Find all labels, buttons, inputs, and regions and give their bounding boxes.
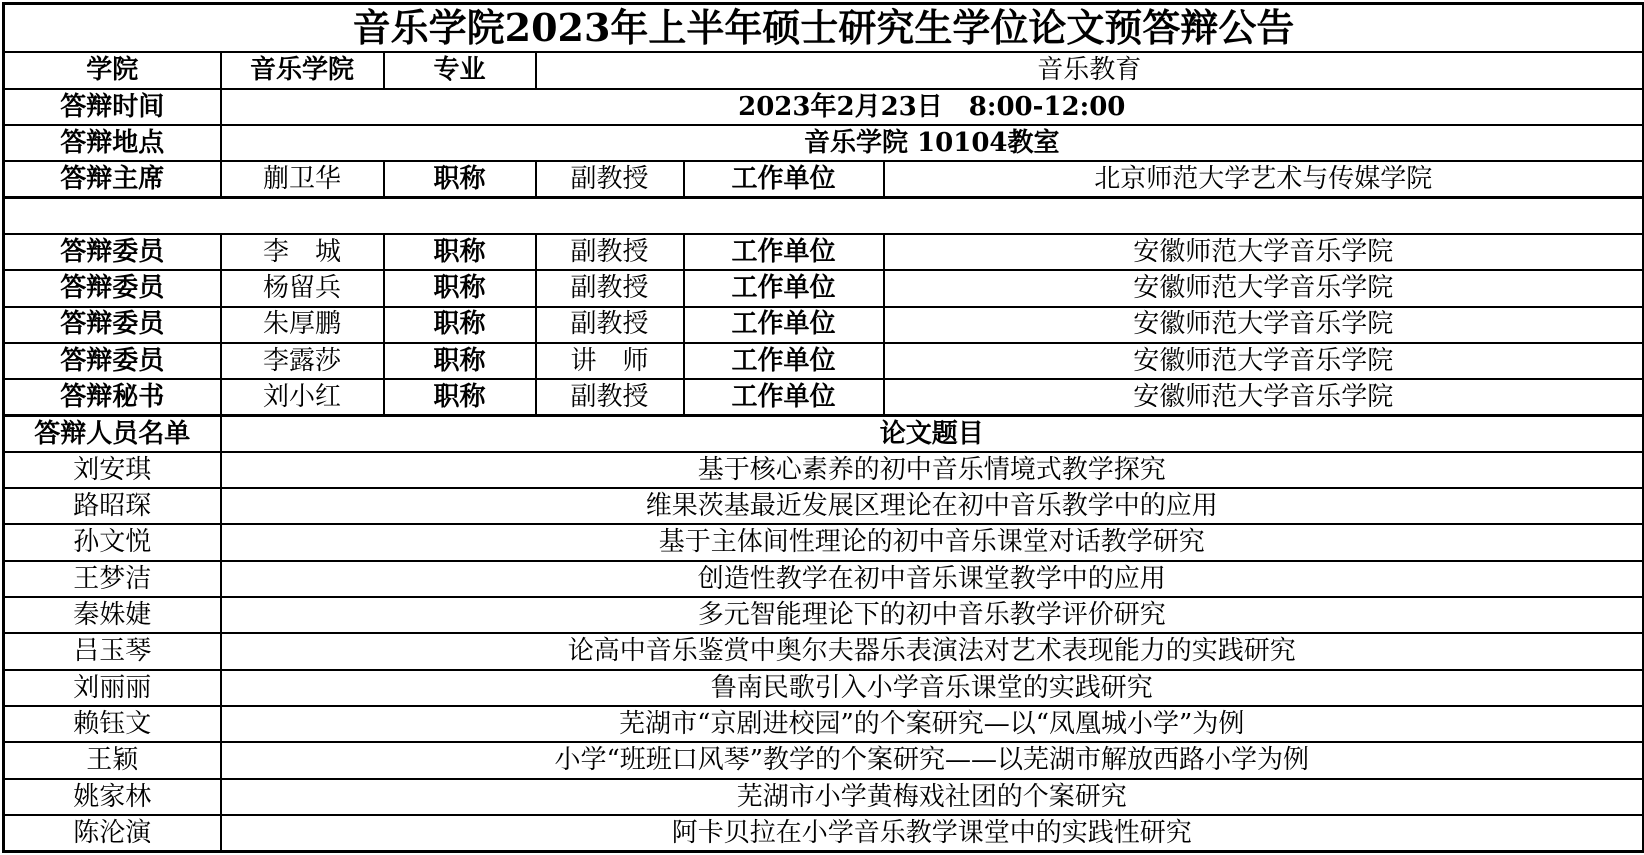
- student-name-cell: 赖钰文: [4, 706, 221, 742]
- thesis-title-cell: 芜湖市“京剧进校园”的个案研究—以“凤凰城小学”为例: [221, 706, 1644, 742]
- member-title-cell: 副教授: [536, 379, 684, 415]
- student-name-cell: 孙文悦: [4, 524, 221, 560]
- student-row: 孙文悦 基于主体间性理论的初中音乐课堂对话教学研究: [4, 524, 1644, 560]
- member-workplace-cell: 安徽师范大学音乐学院: [884, 270, 1644, 306]
- member-title-label-cell: 职称: [384, 161, 536, 197]
- page-title: 音乐学院2023年上半年硕士研究生学位论文预答辩公告: [4, 4, 1644, 53]
- student-row: 刘丽丽 鲁南民歌引入小学音乐课堂的实践研究: [4, 670, 1644, 706]
- pre-defense-announcement-table: 音乐学院2023年上半年硕士研究生学位论文预答辩公告 学院 音乐学院 专业 音乐…: [2, 2, 1644, 853]
- member-workplace-cell: 安徽师范大学音乐学院: [884, 307, 1644, 343]
- student-name-cell: 刘安琪: [4, 452, 221, 488]
- student-row: 姚家林 芜湖市小学黄梅戏社团的个案研究: [4, 779, 1644, 815]
- member-workplace-label-cell: 工作单位: [684, 307, 884, 343]
- member-role-cell: 答辩委员: [4, 270, 221, 306]
- defense-place-label-cell: 答辩地点: [4, 125, 221, 161]
- student-name-cell: 路昭琛: [4, 488, 221, 524]
- member-workplace-label-cell: 工作单位: [684, 379, 884, 415]
- member-title-label-cell: 职称: [384, 379, 536, 415]
- member-workplace-label-cell: 工作单位: [684, 161, 884, 197]
- defense-time-row: 答辩时间 2023年2月23日 8:00-12:00: [4, 89, 1644, 125]
- school-label-cell: 学院: [4, 52, 221, 88]
- member-name-cell: 李露莎: [221, 343, 384, 379]
- member-role-cell: 答辩委员: [4, 234, 221, 270]
- member-title-cell: 副教授: [536, 307, 684, 343]
- member-role-cell: 答辩主席: [4, 161, 221, 197]
- major-label-cell: 专业: [384, 52, 536, 88]
- thesis-title-cell: 鲁南民歌引入小学音乐课堂的实践研究: [221, 670, 1644, 706]
- member-title-label-cell: 职称: [384, 307, 536, 343]
- student-row: 王颖 小学“班班口风琴”教学的个案研究——以芜湖市解放西路小学为例: [4, 742, 1644, 778]
- member-name-cell: 刘小红: [221, 379, 384, 415]
- student-name-cell: 陈沦演: [4, 815, 221, 852]
- thesis-title-cell: 芜湖市小学黄梅戏社团的个案研究: [221, 779, 1644, 815]
- school-value-cell: 音乐学院: [221, 52, 384, 88]
- member-title-label-cell: 职称: [384, 234, 536, 270]
- student-row: 秦姝婕 多元智能理论下的初中音乐教学评价研究: [4, 597, 1644, 633]
- member-workplace-cell: 安徽师范大学音乐学院: [884, 343, 1644, 379]
- student-row: 路昭琛 维果茨基最近发展区理论在初中音乐教学中的应用: [4, 488, 1644, 524]
- member-role-cell: 答辩委员: [4, 307, 221, 343]
- empty-spacer-cell: [4, 198, 1644, 234]
- committee-member-row: 答辩委员 朱厚鹏 职称 副教授 工作单位 安徽师范大学音乐学院: [4, 307, 1644, 343]
- member-workplace-label-cell: 工作单位: [684, 343, 884, 379]
- thesis-title-cell: 创造性教学在初中音乐课堂教学中的应用: [221, 561, 1644, 597]
- member-name-cell: 蒯卫华: [221, 161, 384, 197]
- secretary-row: 答辩秘书 刘小红 职称 副教授 工作单位 安徽师范大学音乐学院: [4, 379, 1644, 415]
- member-role-cell: 答辩秘书: [4, 379, 221, 415]
- thesis-title-cell: 论高中音乐鉴赏中奥尔夫器乐表演法对艺术表现能力的实践研究: [221, 633, 1644, 669]
- major-value-cell: 音乐教育: [536, 52, 1644, 88]
- student-name-cell: 姚家林: [4, 779, 221, 815]
- member-name-cell: 朱厚鹏: [221, 307, 384, 343]
- student-name-cell: 王梦洁: [4, 561, 221, 597]
- committee-member-row: 答辩委员 李 城 职称 副教授 工作单位 安徽师范大学音乐学院: [4, 234, 1644, 270]
- empty-spacer-row: [4, 198, 1644, 234]
- chairman-row: 答辩主席 蒯卫华 职称 副教授 工作单位 北京师范大学艺术与传媒学院: [4, 161, 1644, 197]
- defense-place-value-cell: 音乐学院 10104教室: [221, 125, 1644, 161]
- student-row: 陈沦演 阿卡贝拉在小学音乐教学课堂中的实践性研究: [4, 815, 1644, 852]
- defense-time-label-cell: 答辩时间: [4, 89, 221, 125]
- student-row: 王梦洁 创造性教学在初中音乐课堂教学中的应用: [4, 561, 1644, 597]
- student-name-cell: 吕玉琴: [4, 633, 221, 669]
- thesis-title-cell: 多元智能理论下的初中音乐教学评价研究: [221, 597, 1644, 633]
- member-role-cell: 答辩委员: [4, 343, 221, 379]
- member-title-label-cell: 职称: [384, 343, 536, 379]
- member-title-cell: 讲 师: [536, 343, 684, 379]
- student-row: 刘安琪 基于核心素养的初中音乐情境式教学探究: [4, 452, 1644, 488]
- member-title-cell: 副教授: [536, 234, 684, 270]
- student-name-cell: 秦姝婕: [4, 597, 221, 633]
- member-workplace-label-cell: 工作单位: [684, 270, 884, 306]
- school-major-row: 学院 音乐学院 专业 音乐教育: [4, 52, 1644, 88]
- member-workplace-cell: 安徽师范大学音乐学院: [884, 234, 1644, 270]
- thesis-title-cell: 阿卡贝拉在小学音乐教学课堂中的实践性研究: [221, 815, 1644, 852]
- committee-member-row: 答辩委员 李露莎 职称 讲 师 工作单位 安徽师范大学音乐学院: [4, 343, 1644, 379]
- student-name-cell: 王颖: [4, 742, 221, 778]
- member-workplace-cell: 安徽师范大学音乐学院: [884, 379, 1644, 415]
- member-name-cell: 李 城: [221, 234, 384, 270]
- member-title-label-cell: 职称: [384, 270, 536, 306]
- student-row: 吕玉琴 论高中音乐鉴赏中奥尔夫器乐表演法对艺术表现能力的实践研究: [4, 633, 1644, 669]
- defense-list-header-row: 答辩人员名单 论文题目: [4, 416, 1644, 452]
- announcement-sheet: 音乐学院2023年上半年硕士研究生学位论文预答辩公告 学院 音乐学院 专业 音乐…: [0, 0, 1644, 855]
- student-name-cell: 刘丽丽: [4, 670, 221, 706]
- thesis-title-cell: 基于核心素养的初中音乐情境式教学探究: [221, 452, 1644, 488]
- defense-time-value-cell: 2023年2月23日 8:00-12:00: [221, 89, 1644, 125]
- thesis-title-cell: 小学“班班口风琴”教学的个案研究——以芜湖市解放西路小学为例: [221, 742, 1644, 778]
- member-title-cell: 副教授: [536, 161, 684, 197]
- title-row: 音乐学院2023年上半年硕士研究生学位论文预答辩公告: [4, 4, 1644, 53]
- thesis-title-cell: 维果茨基最近发展区理论在初中音乐教学中的应用: [221, 488, 1644, 524]
- thesis-title-cell: 基于主体间性理论的初中音乐课堂对话教学研究: [221, 524, 1644, 560]
- thesis-header-cell: 论文题目: [221, 416, 1644, 452]
- student-row: 赖钰文 芜湖市“京剧进校园”的个案研究—以“凤凰城小学”为例: [4, 706, 1644, 742]
- member-name-cell: 杨留兵: [221, 270, 384, 306]
- member-title-cell: 副教授: [536, 270, 684, 306]
- member-workplace-label-cell: 工作单位: [684, 234, 884, 270]
- defense-place-row: 答辩地点 音乐学院 10104教室: [4, 125, 1644, 161]
- member-workplace-cell: 北京师范大学艺术与传媒学院: [884, 161, 1644, 197]
- defense-list-label-cell: 答辩人员名单: [4, 416, 221, 452]
- committee-member-row: 答辩委员 杨留兵 职称 副教授 工作单位 安徽师范大学音乐学院: [4, 270, 1644, 306]
